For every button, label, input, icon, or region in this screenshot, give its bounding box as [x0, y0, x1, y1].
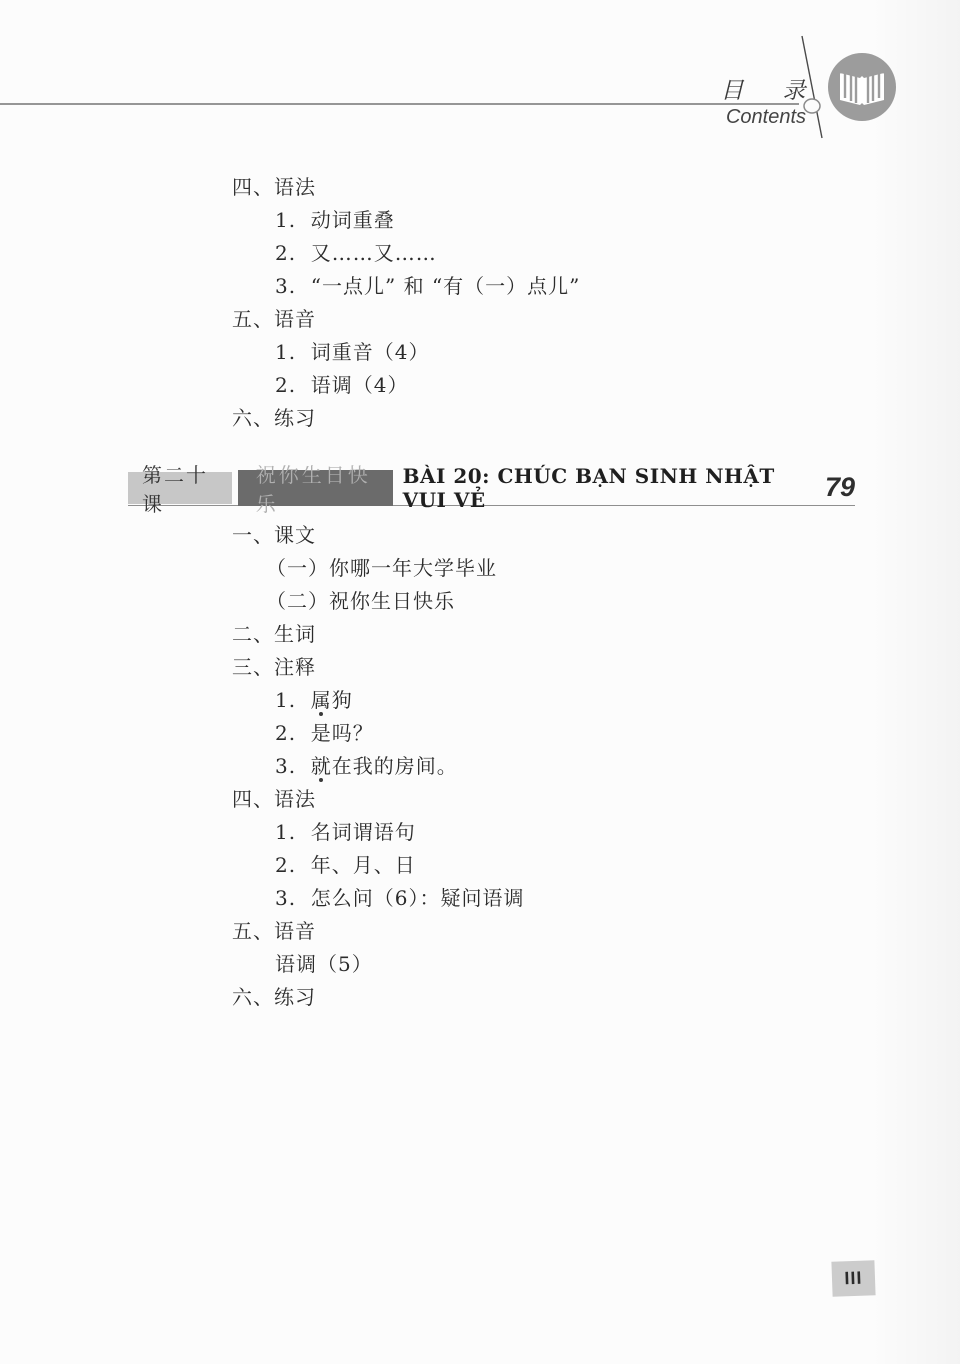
toc-entry: 3. “一点儿” 和 “有（一）点儿”	[275, 270, 580, 303]
emphasis-dot-char: 属	[311, 688, 332, 712]
toc-entry: 五、语音	[232, 915, 525, 948]
page-number-badge: III	[831, 1260, 875, 1296]
toc-entry: 1. 名词谓语句	[275, 816, 525, 849]
toc-entry: 2. 年、月、日	[275, 849, 525, 882]
toc-entry: 1. 属狗	[275, 684, 525, 717]
contents-title-en: Contents	[706, 106, 826, 129]
toc-entry: 六、练习	[232, 981, 525, 1014]
toc-entry: 1. 动词重叠	[275, 204, 580, 237]
toc-entry: 2. 语调（4）	[275, 369, 580, 402]
toc-entry: 四、语法	[232, 171, 580, 204]
toc-entry: 1. 词重音（4）	[275, 336, 580, 369]
toc-entry: 3. 就在我的房间。	[275, 750, 525, 783]
toc-entry: （一）你哪一年大学毕业	[266, 552, 525, 585]
toc-entry: 一、课文	[232, 519, 525, 552]
lesson-title-vietnamese: BÀI 20: CHÚC BẠN SINH NHẬT VUI VẺ	[403, 464, 801, 512]
toc-entry: 五、语音	[232, 303, 580, 336]
lesson-number-box: 第二十课	[128, 472, 232, 504]
open-book-icon	[827, 52, 897, 122]
document-page: 目 录 Contents 四、语法1. 动词重叠2. 又……又……3. “一点儿…	[0, 0, 960, 1364]
toc-entry: 2. 是吗？	[275, 717, 525, 750]
toc-entry: 语调（5）	[275, 948, 525, 981]
toc-block-lesson-20: 一、课文（一）你哪一年大学毕业（二）祝你生日快乐二、生词三、注释1. 属狗2. …	[232, 519, 525, 1014]
toc-block-previous-lesson: 四、语法1. 动词重叠2. 又……又……3. “一点儿” 和 “有（一）点儿”五…	[232, 171, 580, 435]
lesson-page-ref: 79	[825, 472, 855, 503]
lesson-banner: 第二十课 祝你生日快乐 BÀI 20: CHÚC BẠN SINH NHẬT V…	[128, 469, 855, 506]
toc-entry: 四、语法	[232, 783, 525, 816]
toc-entry: 三、注释	[232, 651, 525, 684]
contents-title-cn: 目 录	[712, 72, 822, 105]
toc-entry: 二、生词	[232, 618, 525, 651]
toc-entry: 3. 怎么问（6）：疑问语调	[275, 882, 525, 915]
scan-edge-shadow	[870, 0, 960, 1364]
toc-entry: 六、练习	[232, 402, 580, 435]
toc-entry: （二）祝你生日快乐	[266, 585, 525, 618]
lesson-title-box: 祝你生日快乐	[238, 470, 393, 506]
toc-entry: 2. 又……又……	[275, 237, 580, 270]
emphasis-dot-char: 就	[311, 754, 332, 778]
